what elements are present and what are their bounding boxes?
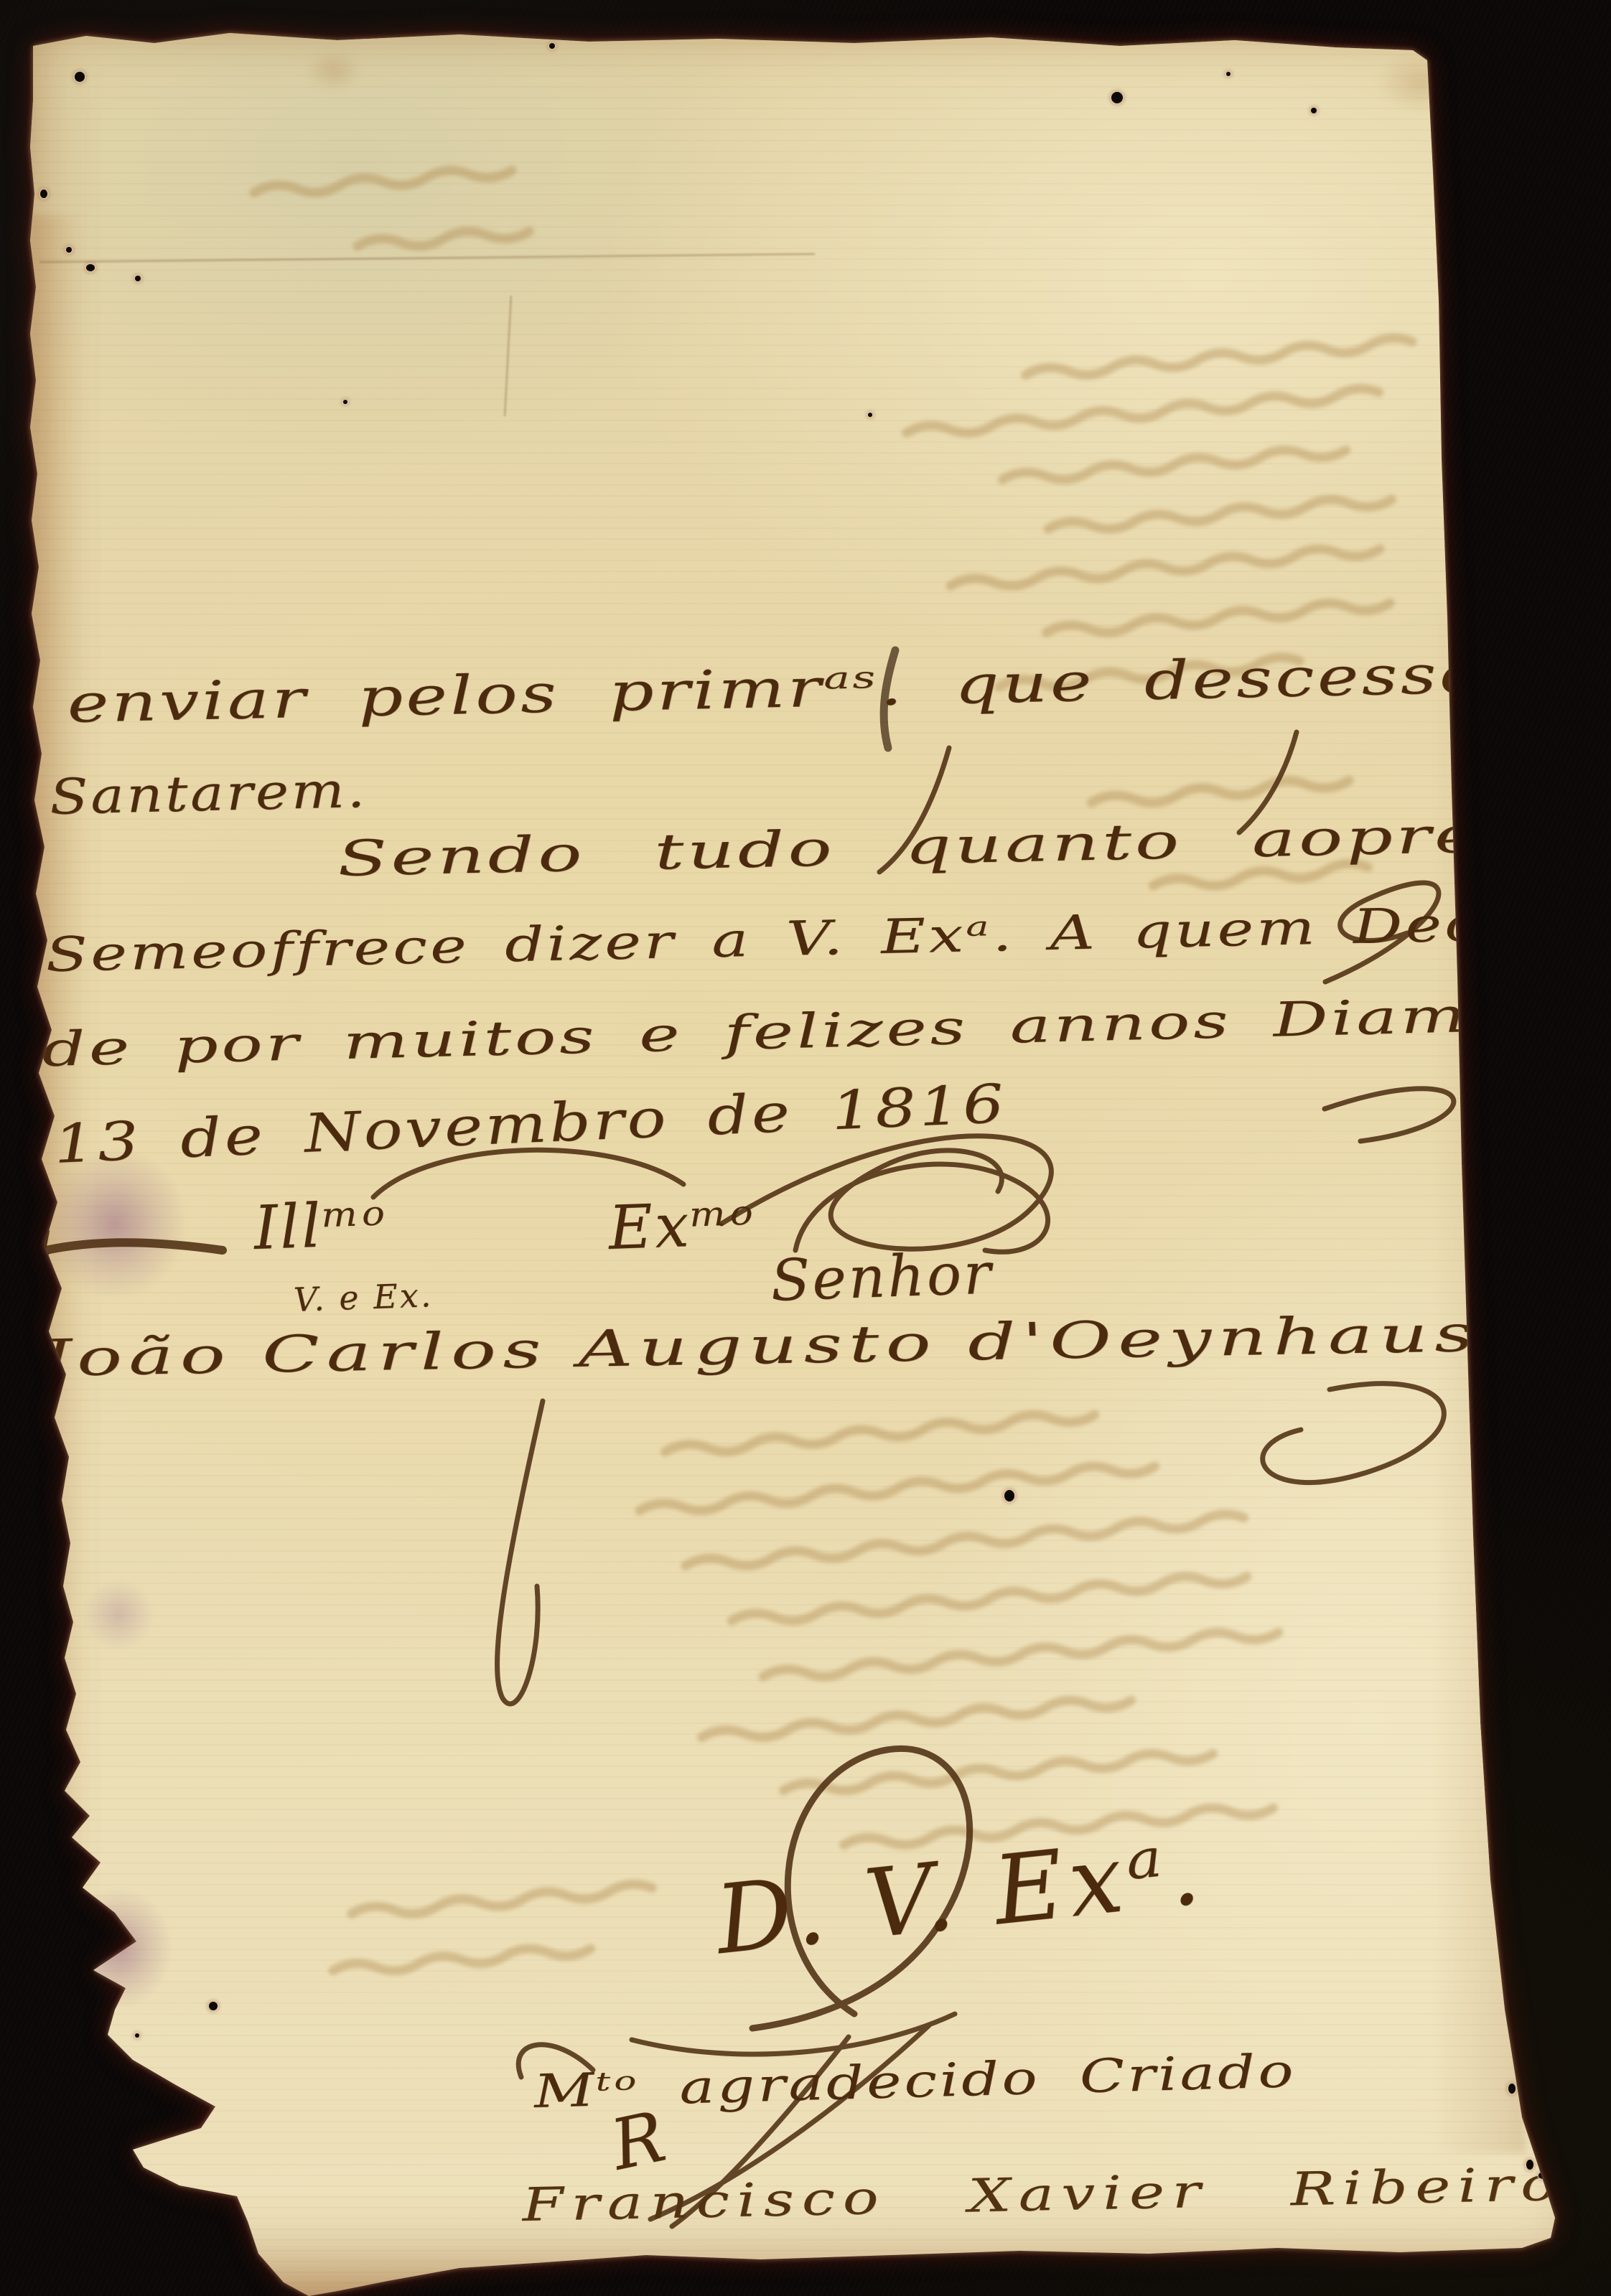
worm-hole bbox=[1311, 108, 1317, 113]
worm-hole bbox=[135, 276, 141, 281]
worm-hole bbox=[75, 72, 85, 82]
pen-flourishes bbox=[19, 650, 1454, 2226]
margin-mark: a bbox=[24, 1212, 55, 1267]
worm-hole bbox=[868, 413, 872, 417]
salutation-illmo: Illᵐᵒ bbox=[253, 1189, 388, 1263]
worm-hole bbox=[66, 247, 72, 253]
letter-page: enviar pelos primrᵃˢ. que descessem pᵃ S… bbox=[0, 0, 1611, 2296]
salutation-small: V. e Ex. bbox=[293, 1275, 434, 1319]
manuscript-photo: enviar pelos primrᵃˢ. que descessem pᵃ S… bbox=[0, 0, 1611, 2296]
worm-hole bbox=[209, 2002, 218, 2010]
date-flourish bbox=[722, 1136, 1051, 1250]
worm-hole bbox=[86, 264, 95, 271]
worm-hole bbox=[1004, 1490, 1014, 1501]
handwritten-line-2: Santarem. bbox=[49, 762, 368, 826]
diamantino-loop-flourish bbox=[1325, 1089, 1454, 1141]
worm-hole bbox=[135, 2033, 139, 2038]
worm-hole bbox=[1111, 92, 1123, 103]
worm-hole bbox=[1526, 2160, 1533, 2170]
worm-hole bbox=[1508, 2084, 1516, 2094]
paper-wrap: enviar pelos primrᵃˢ. que descessem pᵃ S… bbox=[0, 0, 1611, 2296]
worm-hole bbox=[343, 400, 347, 404]
worm-hole bbox=[1538, 2172, 1549, 2179]
oeynhausen-tail-flourish bbox=[1263, 1384, 1444, 1483]
worm-hole bbox=[1226, 72, 1231, 76]
salutation-senhor: Senhor bbox=[770, 1240, 994, 1314]
worm-hole bbox=[40, 189, 47, 198]
worm-hole bbox=[549, 43, 555, 49]
joao-g-descender bbox=[498, 1401, 543, 1704]
salutation-exmo: Exᵐᵒ bbox=[607, 1188, 757, 1263]
